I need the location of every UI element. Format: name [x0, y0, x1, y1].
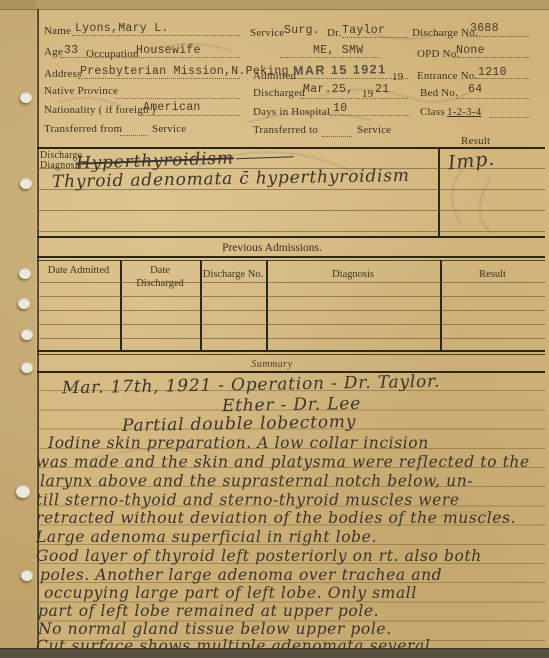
ruled-line: [37, 310, 545, 311]
class-value: 1-2-3-4: [447, 106, 481, 118]
summary-line: occupying large part of left lobe. Only …: [44, 584, 417, 602]
col-header-date-discharged: Date Discharged: [125, 264, 195, 290]
service-label: Service: [250, 27, 284, 39]
discharged-value: Mar.25,: [303, 83, 353, 96]
field-line: [467, 36, 530, 37]
rule: [37, 260, 545, 261]
summary-line: No normal gland tissue below upper pole.: [38, 620, 392, 638]
summary-line: was made and the skin and platysma were …: [36, 453, 530, 471]
ruled-line: [37, 338, 545, 339]
summary-line: Partial double lobectomy: [122, 412, 356, 436]
summary-title: Summary: [37, 359, 549, 370]
summary-line: till sterno-thyoid and sterno-thyroid mu…: [36, 491, 460, 509]
field-line: [456, 98, 530, 99]
field-line: [290, 78, 408, 79]
occupation-label: Occupation: [86, 48, 139, 60]
field-line: [322, 136, 352, 137]
bed-no-label: Bed No.: [420, 87, 458, 99]
rule: [37, 350, 545, 352]
summary-line: retracted without deviation of the bodie…: [36, 509, 516, 527]
record-sheet: Name Lyons,Mary L. Service Surg. Dr. Tay…: [0, 0, 549, 658]
dr-label: Dr.: [327, 27, 341, 39]
days-in-hospital-value: 10: [333, 102, 347, 115]
discharged-label: Discharged: [253, 87, 305, 99]
nationality-value: American: [143, 101, 201, 114]
bed-no-value: 64: [468, 83, 482, 96]
summary-line: Iodine skin preparation. A low collar in…: [48, 434, 429, 452]
field-line: [490, 117, 530, 118]
summary-line: Good layer of thyroid left posteriorly o…: [36, 547, 482, 565]
opd-no-value: None: [456, 44, 485, 57]
entrance-no-label: Entrance No.: [417, 70, 477, 82]
field-line: [115, 98, 240, 99]
days-in-hospital-label: Days in Hospital: [253, 106, 330, 118]
ruled-line: [37, 231, 545, 232]
nationality-label: Nationality ( if foreign ): [44, 104, 156, 116]
transferred-to-service-label: Service: [357, 124, 391, 136]
ruled-line: [37, 324, 545, 325]
ruled-line: [37, 210, 545, 211]
name-label: Name: [44, 25, 71, 37]
native-province-label: Native Province: [44, 85, 118, 97]
ruled-line: [37, 296, 545, 297]
field-line: [280, 57, 380, 58]
admitted-label: Admitted: [253, 70, 296, 82]
discharge-no-value: 3688: [470, 22, 499, 35]
diagnosis-result-value: Imp.: [447, 148, 496, 175]
opd-no-label: OPD No.: [417, 48, 459, 60]
field-line: [140, 115, 240, 116]
table-column-divider: [120, 260, 122, 350]
page-top-edge: [0, 0, 549, 10]
field-line: [120, 135, 148, 136]
admitted-date-stamp: MAR 15 1921: [293, 62, 387, 78]
punch-hole: [19, 268, 31, 279]
discharge-no-label: Discharge No.: [412, 27, 478, 39]
col-header-discharge-no: Discharge No.: [200, 268, 266, 281]
transferred-from-label: Transferred from: [44, 123, 122, 135]
field-line: [78, 78, 240, 79]
dept-note-value: ME, SMW: [313, 44, 363, 57]
occupation-value: Housewife: [136, 44, 201, 57]
transferred-from-service-label: Service: [152, 123, 186, 135]
col-header-result: Result: [440, 268, 545, 281]
age-value: 33: [64, 44, 78, 57]
punch-hole: [21, 329, 33, 340]
field-line: [330, 115, 410, 116]
discharged-year-value: 21: [375, 83, 389, 96]
field-line: [342, 37, 408, 38]
punch-hole: [18, 298, 30, 309]
punch-hole: [16, 485, 30, 498]
punch-hole: [21, 362, 33, 373]
dr-value: Taylor: [342, 24, 385, 37]
punch-hole: [20, 92, 32, 103]
col-header-diagnosis: Diagnosis: [266, 268, 440, 281]
rule: [37, 236, 545, 238]
rule: [37, 256, 545, 258]
ruled-line: [37, 282, 545, 283]
class-label: Class: [420, 106, 445, 118]
service-value: Surg.: [284, 24, 320, 37]
summary-line: larynx above and the suprasternal notch …: [40, 472, 473, 490]
address-label: Address: [44, 68, 81, 80]
diagnosis-result-header: Result: [461, 135, 490, 147]
previous-admissions-title: Previous Admissions.: [37, 242, 547, 254]
summary-line: part of left lobe remained at upper pole…: [38, 602, 379, 620]
field-line: [475, 78, 530, 79]
punch-hole: [21, 570, 33, 581]
punch-hole: [20, 178, 32, 189]
admitted-year-prefix: 19: [392, 71, 403, 83]
summary-line: poles. Another large adenoma over trache…: [40, 566, 442, 584]
result-column-divider: [438, 147, 440, 236]
transferred-to-label: Transferred to: [253, 124, 318, 136]
field-line: [453, 57, 530, 58]
page-bottom-edge: [0, 648, 549, 658]
field-line: [300, 98, 408, 99]
summary-line: Large adenoma superficial in right lobe.: [36, 528, 377, 546]
name-value: Lyons,Mary L.: [75, 22, 169, 35]
field-line: [60, 57, 240, 58]
field-line: [72, 35, 240, 36]
rule: [37, 354, 545, 355]
col-header-date-admitted: Date Admitted: [42, 264, 115, 277]
